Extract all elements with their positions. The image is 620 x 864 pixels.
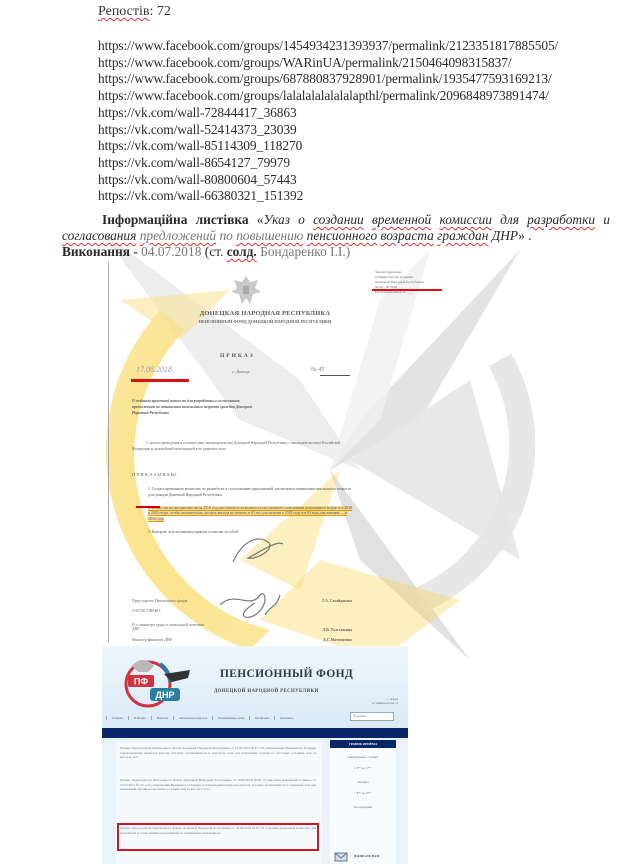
signature-icon <box>215 585 285 625</box>
reposts-value: : 72 <box>150 4 171 19</box>
order-directive: ПРИКАЗЫВАЮ: <box>132 472 179 477</box>
link-item[interactable]: https://www.facebook.com/groups/14549342… <box>98 38 558 55</box>
reposts-count: Репостів: 72 <box>98 4 171 20</box>
schedule-header: ГРАФИК ПРИЁМА <box>330 740 396 748</box>
link-item[interactable]: https://www.facebook.com/groups/lalalala… <box>98 88 558 105</box>
execution-date: 04.07.2018 <box>141 244 201 259</box>
site-title: ПЕНСИОННЫЙ ФОНД <box>220 668 353 680</box>
red-underline <box>131 379 189 382</box>
nav-item[interactable]: Новости <box>151 716 174 720</box>
pf-dnr-logo: ПФ ДНР <box>118 652 198 710</box>
nav-item[interactable]: Нормативные акты <box>212 716 249 720</box>
nav-item[interactable]: Профсоюз <box>249 716 274 720</box>
site-address: г. Донецк ул. Университетская, 16 <box>372 698 398 705</box>
site-nav-bar <box>102 728 412 738</box>
registration-stamp: Зарегистрировано в Министерстве юстиции … <box>375 270 435 295</box>
mail-icon <box>334 850 348 862</box>
execution-label: Виконання - <box>62 244 141 259</box>
pension-fund-website-screenshot: ПФ ДНР ПЕНСИОННЫЙ ФОНД ДОНЕЦКОЙ НАРОДНОЙ… <box>102 646 412 864</box>
order-item: 1. Создать временную комиссию по разрабо… <box>148 487 353 499</box>
signature-row: И.о. министра труда и социальной политик… <box>132 623 212 631</box>
nav-item[interactable]: О Фонде <box>128 716 151 720</box>
order-republic: ДОНЕЦКАЯ НАРОДНАЯ РЕСПУБЛИКА <box>170 310 360 317</box>
site-nav: Главная О Фонде Новости актуальные вопро… <box>106 712 299 724</box>
order-subject: О создании временной комиссии для разраб… <box>132 399 262 416</box>
news-item[interactable]: Приказ Председателя Пенсионного фонда До… <box>120 746 316 760</box>
order-preamble: С целью приведения в соответствие законо… <box>132 441 352 453</box>
site-subtitle: ДОНЕЦКОЙ НАРОДНОЙ РЕСПУБЛИКИ <box>214 689 319 694</box>
link-item[interactable]: https://vk.com/wall-85114309_118270 <box>98 138 558 155</box>
order-fund: ПЕНСИОННЫЙ ФОНД ДОНЕЦКОЙ НАРОДНОЙ РЕСПУБ… <box>165 319 365 324</box>
link-item[interactable]: https://www.facebook.com/groups/WARinUA/… <box>98 55 558 72</box>
site-header: ПФ ДНР ПЕНСИОННЫЙ ФОНД ДОНЕЦКОЙ НАРОДНОЙ… <box>102 646 412 728</box>
link-item[interactable]: https://vk.com/wall-66380321_151392 <box>98 188 558 205</box>
reposts-label: Репостів <box>98 4 150 19</box>
write-us-button[interactable]: НАПИСАТЬ НАМ <box>334 850 379 862</box>
svg-text:ДНР: ДНР <box>156 690 175 700</box>
signature-row: Министр финансов ДНРЕ.С.Матющенко <box>132 638 352 642</box>
order-city: г. Донецк <box>232 369 250 374</box>
site-search-input[interactable]: 🔍 искать <box>350 712 394 721</box>
order-title: ПРИКАЗ <box>220 353 255 359</box>
link-item[interactable]: https://vk.com/wall-52414373_23039 <box>98 122 558 139</box>
info-paragraph: Інформаційна листівка «Указ о создании в… <box>62 212 610 260</box>
coat-of-arms-icon <box>228 272 264 308</box>
link-item[interactable]: https://vk.com/wall-72844417_36863 <box>98 105 558 122</box>
svg-text:ПФ: ПФ <box>134 677 148 687</box>
search-icon: 🔍 <box>353 714 357 718</box>
nav-item[interactable]: Главная <box>106 716 128 720</box>
news-item[interactable]: Приказ Председателя Пенсионного фонда До… <box>120 778 316 792</box>
links-list: https://www.facebook.com/groups/14549342… <box>98 38 558 205</box>
signature-icon <box>228 530 288 570</box>
order-number: № 45 <box>311 367 324 373</box>
executor-name: Бондаренко І.І.) <box>257 244 350 259</box>
nav-item[interactable]: Контакты <box>274 716 298 720</box>
site-schedule: ГРАФИК ПРИЁМА Понедельник - четверг с 8⁰… <box>330 740 396 864</box>
red-underline <box>372 289 442 291</box>
link-item[interactable]: https://www.facebook.com/groups/68788083… <box>98 71 558 88</box>
link-item[interactable]: https://vk.com/wall-80800604_57443 <box>98 172 558 189</box>
nav-item[interactable]: актуальные вопросы <box>173 716 212 720</box>
order-item-highlighted: 2. Комиссии на протяжении июля 2018 года… <box>148 506 353 523</box>
news-item-highlighted[interactable]: Приказ Председателя Пенсионного фонда До… <box>120 826 316 848</box>
order-date: 17.06.2018 <box>136 365 172 374</box>
link-item[interactable]: https://vk.com/wall-8654127_79979 <box>98 155 558 172</box>
red-underline <box>136 506 160 508</box>
